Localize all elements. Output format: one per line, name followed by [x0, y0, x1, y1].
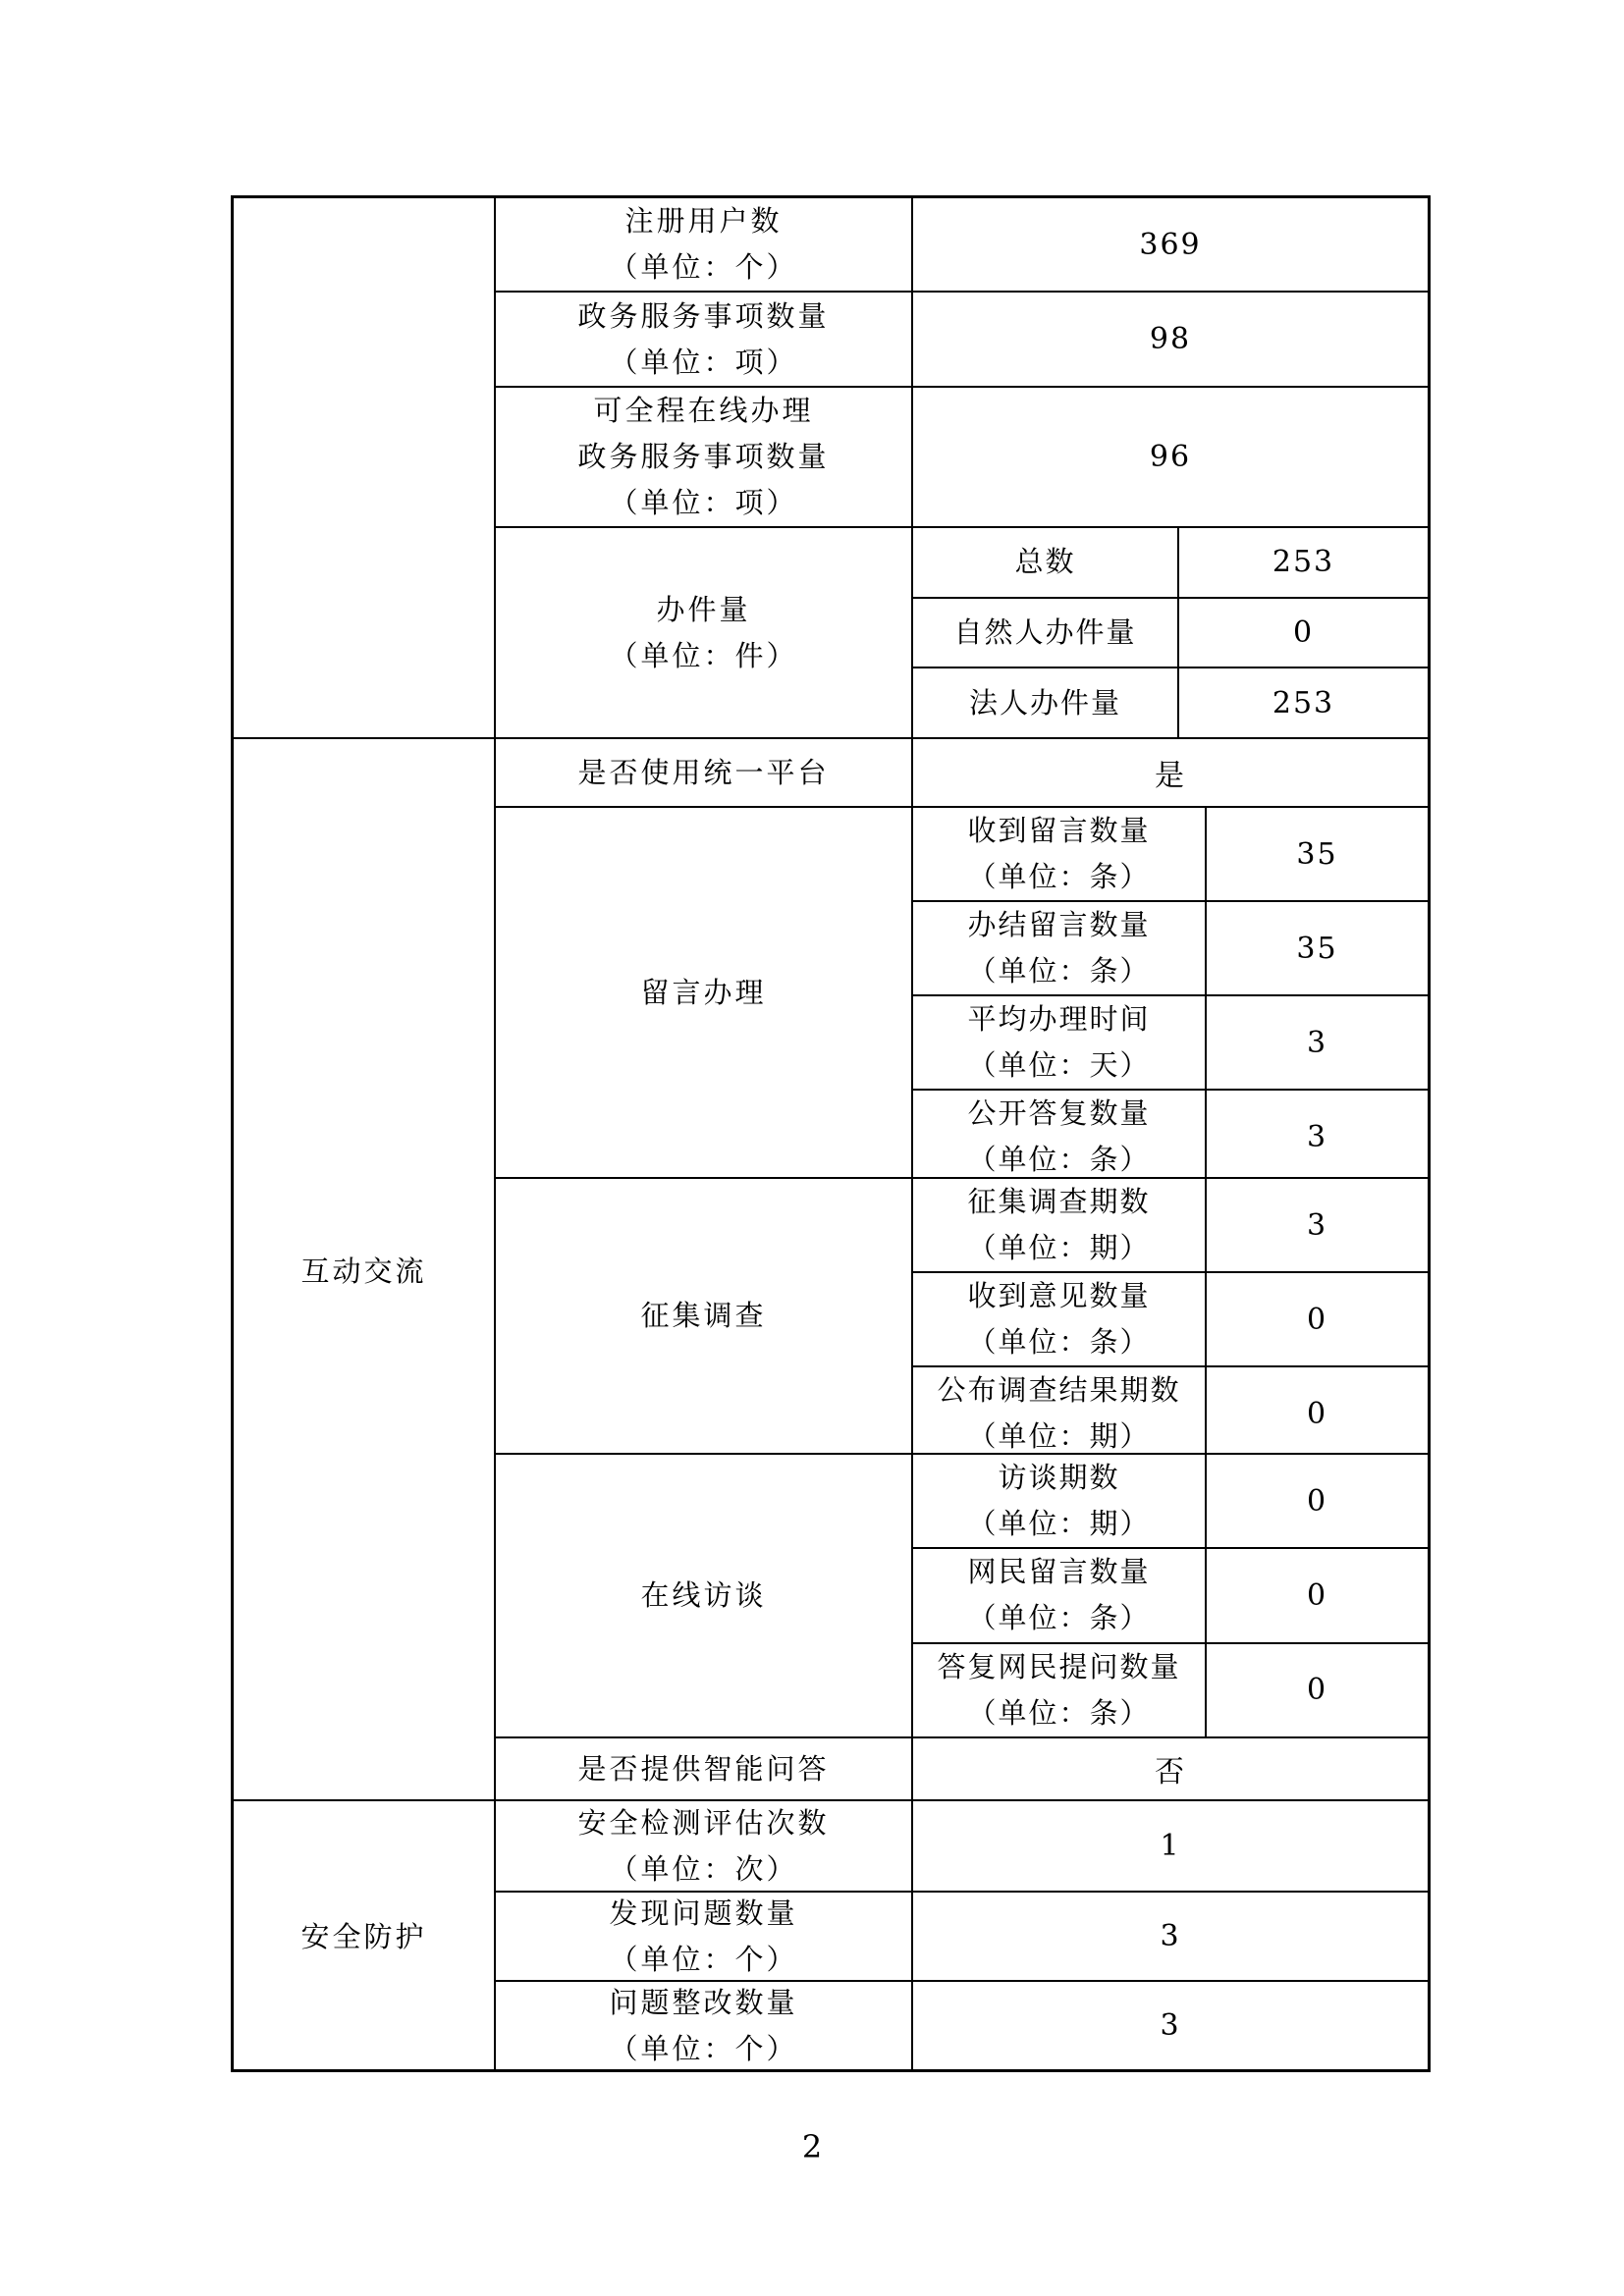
- subrow-value: 253: [1179, 668, 1428, 737]
- subrow-opinions-received: 收到意见数量 （单位：条） 0: [913, 1271, 1428, 1365]
- subrow-value: 0: [1179, 599, 1428, 667]
- section-service: 注册用户数 （单位：个） 369 政务服务事项数量 （单位：项） 98 可全程在…: [234, 198, 1428, 737]
- row-label: 在线访谈: [496, 1455, 913, 1736]
- subrow-label: 办结留言数量 （单位：条）: [913, 902, 1207, 994]
- subrow-interview-periods: 访谈期数 （单位：期） 0: [913, 1455, 1428, 1547]
- row-value: 96: [913, 388, 1428, 526]
- row-problems-fixed: 问题整改数量 （单位：个） 3: [496, 1980, 1428, 2069]
- subrow-average-handling-time: 平均办理时间 （单位：天） 3: [913, 994, 1428, 1089]
- subrow-netizen-messages: 网民留言数量 （单位：条） 0: [913, 1547, 1428, 1641]
- row-label: 政务服务事项数量 （单位：项）: [496, 293, 913, 386]
- subrow-value: 0: [1207, 1549, 1428, 1641]
- subrow-label: 自然人办件量: [913, 599, 1179, 667]
- row-label: 注册用户数 （单位：个）: [496, 198, 913, 291]
- subrow-total: 总数 253: [913, 528, 1428, 597]
- row-survey-collection: 征集调查 征集调查期数 （单位：期） 3 收到意见数量 （单位：条） 0 公布调…: [496, 1177, 1428, 1453]
- row-label: 发现问题数量 （单位：个）: [496, 1893, 913, 1980]
- row-smart-qa: 是否提供智能问答 否: [496, 1736, 1428, 1799]
- subrow-survey-periods: 征集调查期数 （单位：期） 3: [913, 1179, 1428, 1271]
- subrow-value: 35: [1207, 902, 1428, 994]
- page-number: 2: [0, 2128, 1624, 2165]
- row-security-assessments: 安全检测评估次数 （单位：次） 1: [496, 1801, 1428, 1891]
- row-label: 征集调查: [496, 1179, 913, 1453]
- subrow-value: 3: [1207, 1179, 1428, 1271]
- subrow-public-replies: 公开答复数量 （单位：条） 3: [913, 1089, 1428, 1183]
- subrow-value: 253: [1179, 528, 1428, 597]
- section-security: 安全防护 安全检测评估次数 （单位：次） 1 发现问题数量 （单位：个） 3 问…: [234, 1799, 1428, 2069]
- subrow-value: 3: [1207, 1091, 1428, 1183]
- row-value: 是: [913, 739, 1428, 806]
- row-online-interview: 在线访谈 访谈期数 （单位：期） 0 网民留言数量 （单位：条） 0 答复网民提…: [496, 1453, 1428, 1736]
- row-registered-users: 注册用户数 （单位：个） 369: [496, 198, 1428, 291]
- subrow-value: 0: [1207, 1455, 1428, 1547]
- row-label: 安全检测评估次数 （单位：次）: [496, 1801, 913, 1891]
- subrow-label: 平均办理时间 （单位：天）: [913, 996, 1207, 1089]
- subrow-label: 答复网民提问数量 （单位：条）: [913, 1644, 1207, 1736]
- subrow-legal-person: 法人办件量 253: [913, 667, 1428, 737]
- subrow-label: 收到留言数量 （单位：条）: [913, 808, 1207, 900]
- subrow-label: 法人办件量: [913, 668, 1179, 737]
- group-label-interaction: 互动交流: [234, 739, 496, 1799]
- row-value: 否: [913, 1738, 1428, 1799]
- group-label-empty: [234, 198, 496, 737]
- row-unified-platform: 是否使用统一平台 是: [496, 739, 1428, 806]
- row-label: 问题整改数量 （单位：个）: [496, 1982, 913, 2069]
- section-interaction: 互动交流 是否使用统一平台 是 留言办理 收到留言数量 （单位：条） 35 办结…: [234, 737, 1428, 1799]
- row-label: 可全程在线办理 政务服务事项数量 （单位：项）: [496, 388, 913, 526]
- document-page: { "page": { "number": "2" }, "table": { …: [0, 0, 1624, 2296]
- subrow-label: 公开答复数量 （单位：条）: [913, 1091, 1207, 1183]
- subrow-label: 访谈期数 （单位：期）: [913, 1455, 1207, 1547]
- subrow-label: 网民留言数量 （单位：条）: [913, 1549, 1207, 1641]
- subrow-value: 0: [1207, 1367, 1428, 1460]
- row-service-items: 政务服务事项数量 （单位：项） 98: [496, 291, 1428, 386]
- row-value: 369: [913, 198, 1428, 291]
- group-label-security: 安全防护: [234, 1801, 496, 2069]
- row-label: 办件量 （单位：件）: [496, 528, 913, 737]
- row-label: 是否提供智能问答: [496, 1738, 913, 1799]
- row-value: 3: [913, 1982, 1428, 2069]
- subrow-label: 总数: [913, 528, 1179, 597]
- row-problems-found: 发现问题数量 （单位：个） 3: [496, 1891, 1428, 1980]
- report-table: 注册用户数 （单位：个） 369 政务服务事项数量 （单位：项） 98 可全程在…: [231, 195, 1431, 2072]
- row-case-volume: 办件量 （单位：件） 总数 253 自然人办件量 0 法人办件量 253: [496, 526, 1428, 737]
- row-value: 3: [913, 1893, 1428, 1980]
- subrow-value: 35: [1207, 808, 1428, 900]
- subrow-label: 征集调查期数 （单位：期）: [913, 1179, 1207, 1271]
- row-online-service-items: 可全程在线办理 政务服务事项数量 （单位：项） 96: [496, 386, 1428, 526]
- subrow-questions-answered: 答复网民提问数量 （单位：条） 0: [913, 1642, 1428, 1736]
- subrow-natural-person: 自然人办件量 0: [913, 597, 1428, 667]
- subrow-messages-received: 收到留言数量 （单位：条） 35: [913, 808, 1428, 900]
- subrow-results-published: 公布调查结果期数 （单位：期） 0: [913, 1365, 1428, 1460]
- row-label: 留言办理: [496, 808, 913, 1177]
- subrow-label: 收到意见数量 （单位：条）: [913, 1273, 1207, 1365]
- row-value: 98: [913, 293, 1428, 386]
- row-message-handling: 留言办理 收到留言数量 （单位：条） 35 办结留言数量 （单位：条） 35 平…: [496, 806, 1428, 1177]
- subrow-label: 公布调查结果期数 （单位：期）: [913, 1367, 1207, 1460]
- row-label: 是否使用统一平台: [496, 739, 913, 806]
- subrow-messages-resolved: 办结留言数量 （单位：条） 35: [913, 900, 1428, 994]
- subrow-value: 0: [1207, 1273, 1428, 1365]
- subrow-value: 0: [1207, 1644, 1428, 1736]
- subrow-value: 3: [1207, 996, 1428, 1089]
- row-value: 1: [913, 1801, 1428, 1891]
